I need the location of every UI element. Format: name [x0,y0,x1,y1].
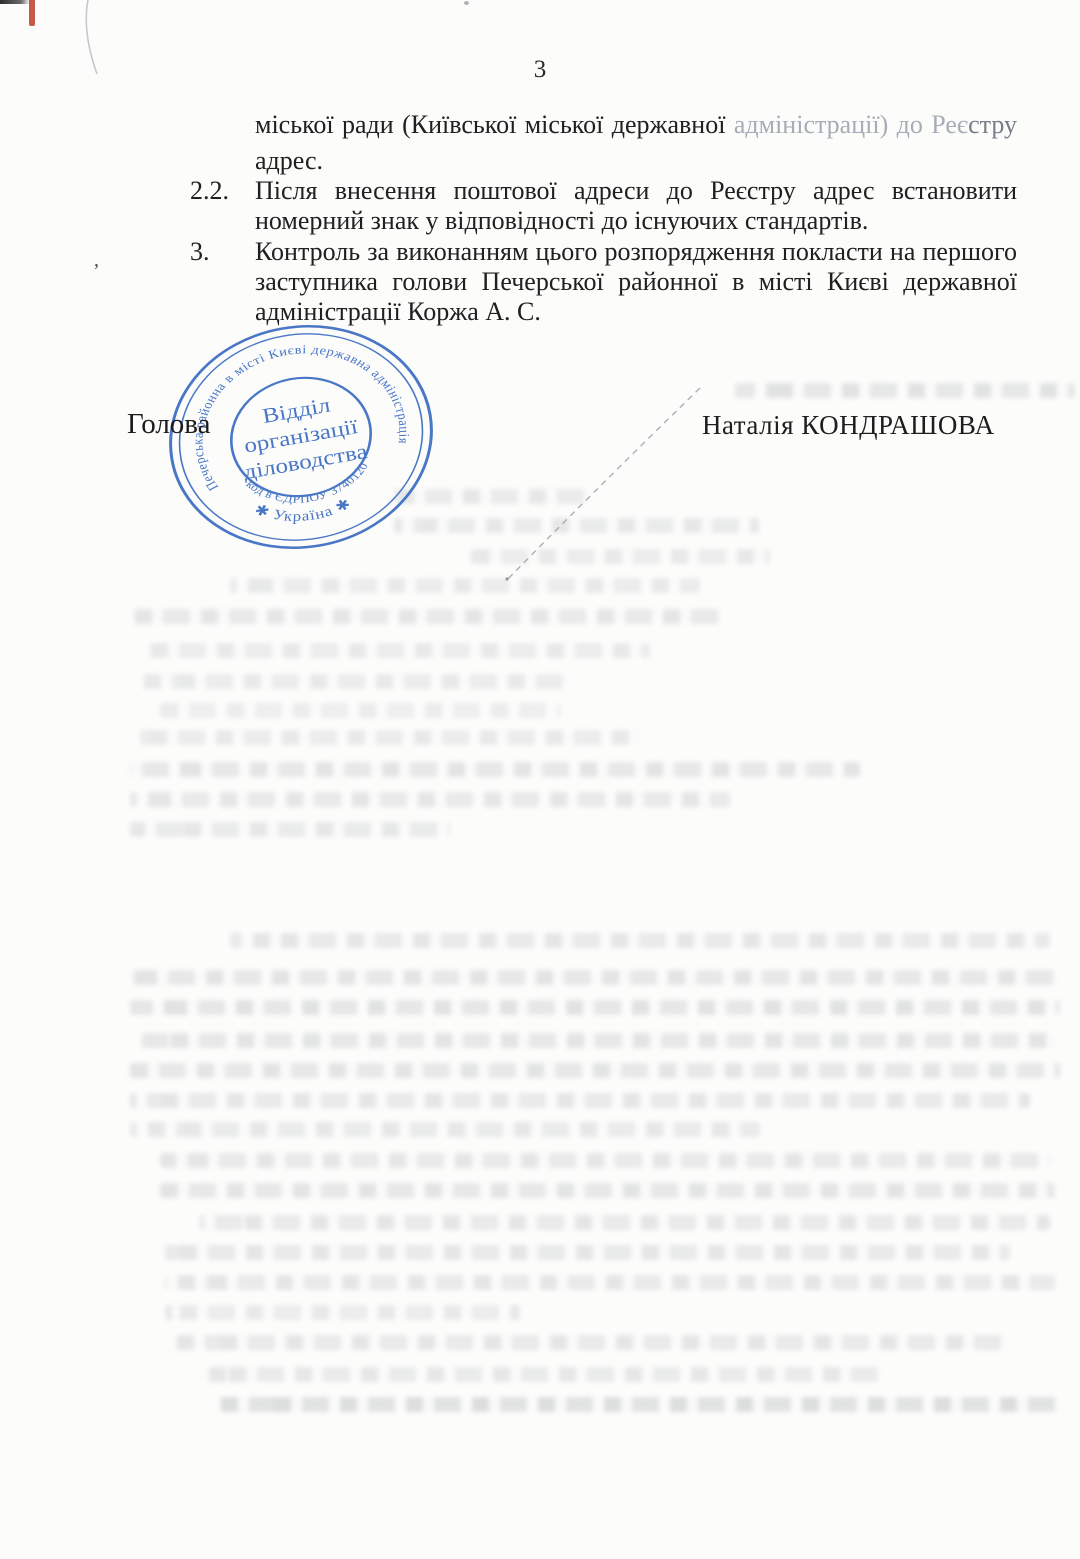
bleedthrough-line [175,1335,1010,1350]
bleedthrough-line [165,1245,1010,1260]
paragraph-3-line-1: Контроль за виконанням цього розпоряджен… [255,237,1017,267]
bleedthrough-line [130,792,730,807]
bleedthrough-line [140,1033,1055,1048]
scanned-document-page: ’ 3 міської ради (Київської міської держ… [0,0,1080,1559]
bleedthrough-line [130,1122,760,1137]
bleedthrough-line [165,1305,520,1320]
signatory-role: Голова [127,408,211,441]
bleedthrough-line [160,1183,1055,1198]
bleedthrough-line [130,762,860,777]
paragraph-2-2-line-2: номерний знак у відповідності до існуючи… [255,206,1017,236]
bleedthrough-line [140,674,570,689]
bleedthrough-line [160,1153,1050,1168]
bleedthrough-line [130,1093,1030,1108]
item-number-2-2: 2.2. [190,176,229,206]
text-normal: міської ради (Київської міської державно… [255,110,734,139]
item-number-3: 3. [190,237,210,267]
paragraph-2-1-line-1: міської ради (Київської міської державно… [255,110,1017,140]
bleedthrough-line [130,970,1060,985]
text-semifaded: стру [968,110,1017,139]
scan-speck [464,1,469,5]
scan-speck-comma: ’ [93,260,100,283]
bleedthrough-line [130,1063,1060,1078]
signatory-name: Наталія КОНДРАШОВА [702,410,995,441]
paragraph-2-1-line-2: адрес. [255,146,1017,176]
bleedthrough-line [140,730,640,745]
bleedthrough-line [200,1367,880,1382]
bleedthrough-line [165,1275,1055,1290]
bleedthrough-line [130,1000,1060,1015]
bleedthrough-line [230,933,1050,948]
paragraph-2-2-line-1: Після внесення поштової адреси до Реєстр… [255,176,1017,206]
text-faded: адміністрації) до Реє [734,110,968,139]
pencil-curve-artifact [60,0,120,80]
bleedthrough-line [735,383,1075,398]
paragraph-3-line-2: заступника голови Печерської районної в … [255,267,1017,297]
scan-edge-artifact [0,0,30,4]
bleedthrough-line [215,1397,1060,1412]
bleedthrough-line [200,1215,1050,1230]
page-number: 3 [0,56,1080,84]
bleedthrough-line [160,703,560,718]
red-margin-mark [29,0,35,26]
bleedthrough-line [130,822,450,837]
